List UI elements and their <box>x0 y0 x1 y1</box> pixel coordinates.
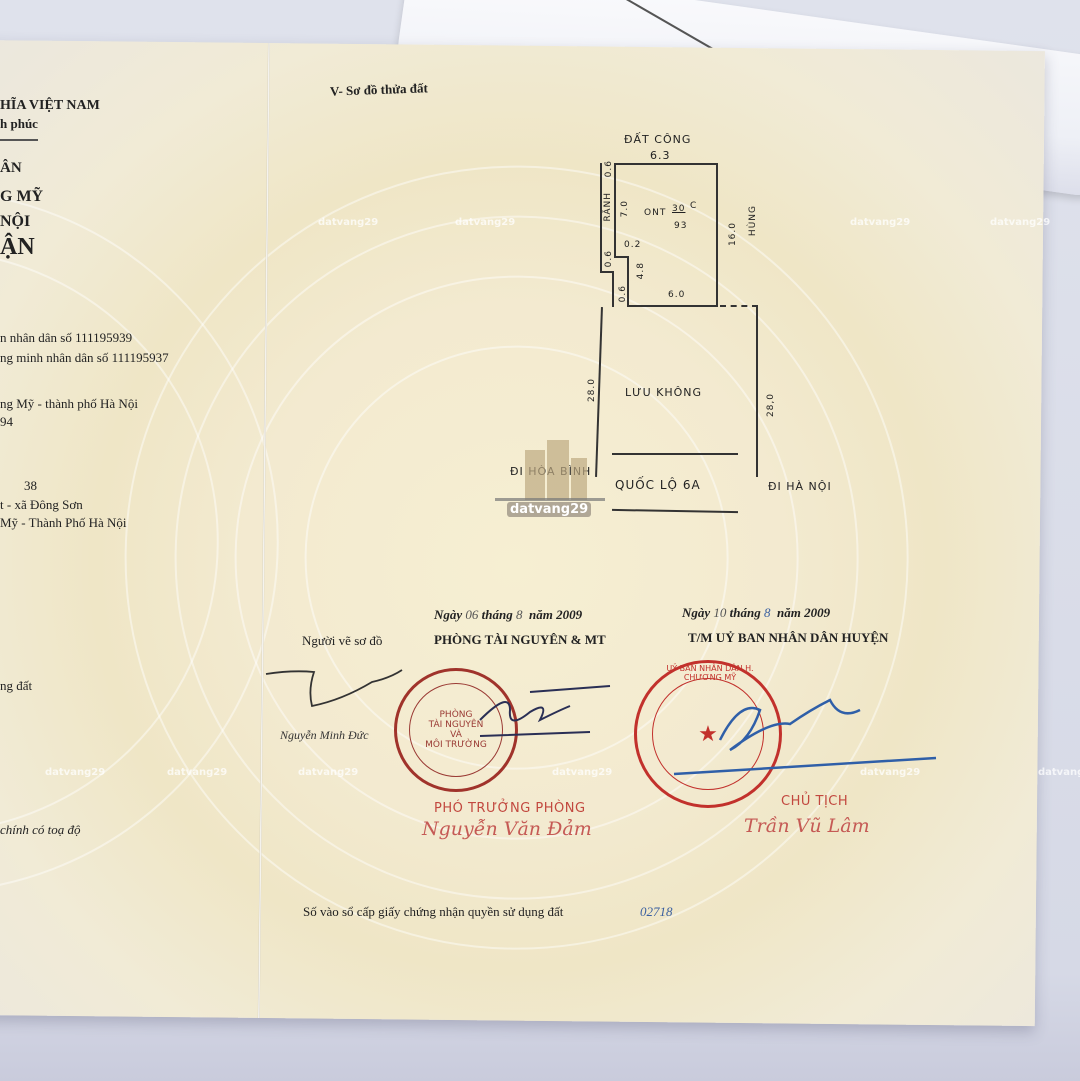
setback-right-edge <box>756 307 758 477</box>
left-parcel-number: 38 <box>24 478 37 494</box>
certificate-booklet <box>0 40 1045 1026</box>
date-prefix: Ngày <box>434 607 462 622</box>
neighbor-label: HÙNG <box>748 205 758 236</box>
left-location-line1: t - xã Đông Sơn <box>0 497 83 513</box>
left-id-line1: n nhân dân số 111195939 <box>0 330 132 346</box>
watermark: datvang29 <box>45 767 105 778</box>
parcel-step <box>614 256 627 258</box>
left-header-line2: h phúc <box>0 116 38 132</box>
left-id-line2: ng minh nhân dân số 111195937 <box>0 350 169 366</box>
road-edge-top <box>612 453 738 455</box>
date-day: 06 <box>465 607 478 622</box>
stamp-line: PHÒNG <box>440 710 473 720</box>
watermark: datvang29 <box>1038 767 1080 778</box>
dim-left-bottom: 0.6 <box>618 285 628 302</box>
left-title-frag4: ẬN <box>0 234 35 261</box>
watermark: datvang29 <box>298 767 358 778</box>
stamp-line: VÀ <box>450 730 462 740</box>
parcel-bottom-edge <box>627 305 718 307</box>
registry-label: Số vào sổ cấp giấy chứng nhận quyền sử d… <box>303 904 563 920</box>
dim-step: 0.2 <box>624 240 641 250</box>
watermark-logo: datvang29 <box>495 440 605 518</box>
setback-label: LƯU KHÔNG <box>625 386 702 399</box>
dim-left-lower: 4.8 <box>636 262 646 279</box>
watermark-logo-text: datvang29 <box>507 502 591 517</box>
drawer-label: Người vẽ sơ đồ <box>302 633 382 649</box>
dim-bottom-width: 6.0 <box>668 290 685 300</box>
office-date: Ngày 06 tháng 8 năm 2009 <box>434 607 582 623</box>
header-divider <box>0 139 38 141</box>
extension-dash <box>720 305 758 307</box>
date-year-word: năm <box>529 607 553 622</box>
office-signature <box>470 680 620 750</box>
left-header-line1: HĨA VIỆT NAM <box>0 98 100 114</box>
parcel-right-edge <box>716 163 718 307</box>
left-title-frag1: ÂN <box>0 160 22 177</box>
parcel-area: 93 <box>674 221 687 231</box>
left-use-line: ng đất <box>0 678 32 694</box>
office-role: PHÓ TRƯỞNG PHÒNG <box>434 801 586 816</box>
watermark: datvang29 <box>318 217 378 228</box>
dim-left-upper: 7.0 <box>620 200 630 217</box>
watermark: datvang29 <box>167 767 227 778</box>
committee-date: Ngày 10 tháng 8 năm 2009 <box>682 605 830 621</box>
left-title-frag2: G MỸ <box>0 188 43 206</box>
dim-setback-left: 28.0 <box>587 378 597 402</box>
left-address-line1: ng Mỹ - thành phố Hà Nội <box>0 396 138 412</box>
date-year: 2009 <box>556 607 582 622</box>
road-label: QUỐC LỘ 6A <box>615 478 701 492</box>
dim-setback-right: 28,0 <box>766 393 776 417</box>
parcel-top-edge <box>614 163 718 165</box>
left-coord-line: chính có toạ độ <box>0 822 81 838</box>
top-width-label: 6.3 <box>650 149 671 162</box>
committee-signer-name: Trần Vũ Lâm <box>744 815 870 837</box>
section-title: V- Sơ đồ thửa đất <box>330 80 428 99</box>
left-location-line2: Mỹ - Thành Phố Hà Nội <box>0 515 127 531</box>
date-year: 2009 <box>804 605 830 620</box>
committee-role: CHỦ TỊCH <box>781 794 848 809</box>
ditch-label: RÃNH <box>603 192 613 222</box>
date-month: 8 <box>764 605 771 620</box>
watermark: datvang29 <box>850 217 910 228</box>
parcel-number: 30 <box>672 204 685 214</box>
left-address-line2: 94 <box>0 414 13 430</box>
dim-right-side: 16.0 <box>728 222 738 246</box>
dim-left-mid: 0.6 <box>604 250 614 267</box>
left-title-frag3: NỘI <box>0 213 30 231</box>
ditch-line-lower <box>612 271 614 307</box>
ditch-line <box>600 163 602 273</box>
date-year-word: năm <box>777 605 801 620</box>
direction-right: ĐI HÀ NỘI <box>768 480 832 493</box>
watermark: datvang29 <box>455 217 515 228</box>
date-month: 8 <box>516 607 523 622</box>
office-signer-name: Nguyễn Văn Đảm <box>422 818 592 840</box>
drawer-name: Nguyễn Minh Đức <box>280 728 369 743</box>
date-month-word: tháng <box>482 607 513 622</box>
committee-agency: T/M UỶ BAN NHÂN DÂN HUYỆN <box>688 630 888 646</box>
date-prefix: Ngày <box>682 605 710 620</box>
north-boundary-label: ĐẤT CÔNG <box>624 133 691 146</box>
committee-signature <box>660 680 950 780</box>
office-agency: PHÒNG TÀI NGUYÊN & MT <box>434 632 606 648</box>
parcel-code: ONT <box>644 208 666 218</box>
watermark: datvang29 <box>990 217 1050 228</box>
parcel-left-edge-upper <box>614 163 616 256</box>
dim-left-top: 0.6 <box>604 160 614 177</box>
guilloche-pattern <box>0 40 1045 1026</box>
date-month-word: tháng <box>730 605 761 620</box>
parcel-suffix: C <box>690 201 697 211</box>
date-day: 10 <box>713 605 726 620</box>
watermark: datvang29 <box>552 767 612 778</box>
registry-value: 02718 <box>640 904 673 920</box>
